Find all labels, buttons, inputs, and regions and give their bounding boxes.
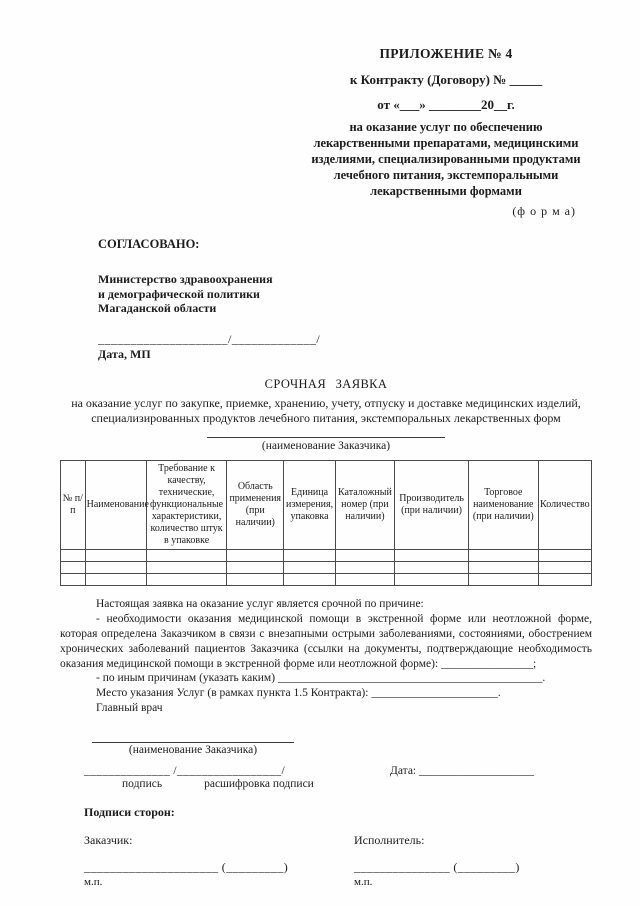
ministry-name: Министерство здравоохранения и демографи… [98, 272, 592, 315]
signature-decode-sublabel: расшифровка подписи [204, 778, 314, 790]
customer-name-caption-2: (наименование Заказчика) [92, 744, 294, 756]
col-header-number: № п/п [61, 460, 86, 549]
contract-date-line: от «___» ________20__г. [300, 97, 592, 113]
request-subtitle: на оказание услуг по закупке, приемке, х… [60, 396, 592, 426]
executor-signature-line: _______________ (_________) [354, 860, 520, 875]
agreed-title: СОГЛАСОВАНО: [98, 237, 592, 252]
col-header-quality: Требование к качеству, технические, функ… [147, 460, 227, 549]
signature-sublabel: подпись [122, 778, 162, 790]
reason-section: Настоящая заявка на оказание услуг являе… [60, 597, 592, 717]
contract-subject: на оказание услуг по обеспечению лекарст… [300, 120, 592, 199]
customer-mp-label: м.п. [84, 876, 354, 888]
appendix-header: ПРИЛОЖЕНИЕ № 4 к Контракту (Договору) № … [300, 46, 592, 219]
table-row [61, 561, 592, 573]
request-items-table: № п/п Наименование Требование к качеству… [60, 460, 592, 586]
col-header-quantity: Количество [538, 460, 591, 549]
signature-date-row: ______________ /_________________/ Дата:… [60, 765, 592, 777]
date-blank: Дата: ____________________ [390, 765, 592, 777]
chief-signature-block: (наименование Заказчика) ______________ … [60, 732, 592, 790]
parties-title: Подписи сторон: [84, 805, 592, 820]
customer-name-caption: (наименование Заказчика) [60, 440, 592, 452]
customer-name-blank-line [207, 426, 445, 438]
signature-sublabels: подпись расшифровка подписи [122, 778, 592, 790]
parties-row: Заказчик: _____________________ (_______… [84, 833, 592, 888]
appendix-title: ПРИЛОЖЕНИЕ № 4 [300, 46, 592, 62]
ministry-line-1: Министерство здравоохранения [98, 272, 592, 286]
agreed-block: СОГЛАСОВАНО: Министерство здравоохранени… [98, 237, 592, 361]
table-row [61, 573, 592, 585]
col-header-name: Наименование [85, 460, 147, 549]
agreed-signature-line: ____________________/_____________/ [98, 332, 592, 347]
ministry-line-2: и демографической политики [98, 287, 592, 301]
table-header-row: № п/п Наименование Требование к качеству… [61, 460, 592, 549]
chief-signature-line: ______________ /_________________/ [84, 765, 285, 777]
customer-party-column: Заказчик: _____________________ (_______… [84, 833, 354, 888]
customer-label: Заказчик: [84, 833, 354, 848]
col-header-unit: Единица измерения, упаковка [284, 460, 335, 549]
reason-urgent: - необходимости оказания медицинской пом… [60, 612, 592, 672]
col-header-catalog: Каталожный номер (при наличии) [335, 460, 394, 549]
customer-signature-line: _____________________ (_________) [84, 860, 354, 875]
date-mp-label: Дата, МП [98, 347, 592, 362]
executor-label: Исполнитель: [354, 833, 520, 848]
document-page: ПРИЛОЖЕНИЕ № 4 к Контракту (Договору) № … [0, 0, 640, 905]
executor-party-column: Исполнитель: _______________ (_________)… [354, 833, 520, 888]
reason-other: - по иным причинам (указать каким) _____… [60, 671, 592, 686]
contract-number-line: к Контракту (Договору) № _____ [300, 72, 592, 88]
executor-mp-label: м.п. [354, 876, 520, 888]
col-header-manufacturer: Производитель (при наличии) [395, 460, 469, 549]
table-row [61, 549, 592, 561]
customer-name-blank-line-2 [92, 732, 294, 743]
reason-intro: Настоящая заявка на оказание услуг являе… [60, 597, 592, 612]
ministry-line-3: Магаданской области [98, 301, 592, 315]
col-header-application: Область применения (при наличии) [227, 460, 284, 549]
request-title: СРОЧНАЯ ЗАЯВКА [60, 377, 592, 392]
chief-doctor-label: Главный врач [60, 701, 592, 716]
service-place-line: Место указания Услуг (в рамках пункта 1.… [60, 686, 592, 701]
forma-label: (ф о р м а) [300, 204, 592, 219]
col-header-tradename: Торговое наименование (при наличии) [468, 460, 538, 549]
